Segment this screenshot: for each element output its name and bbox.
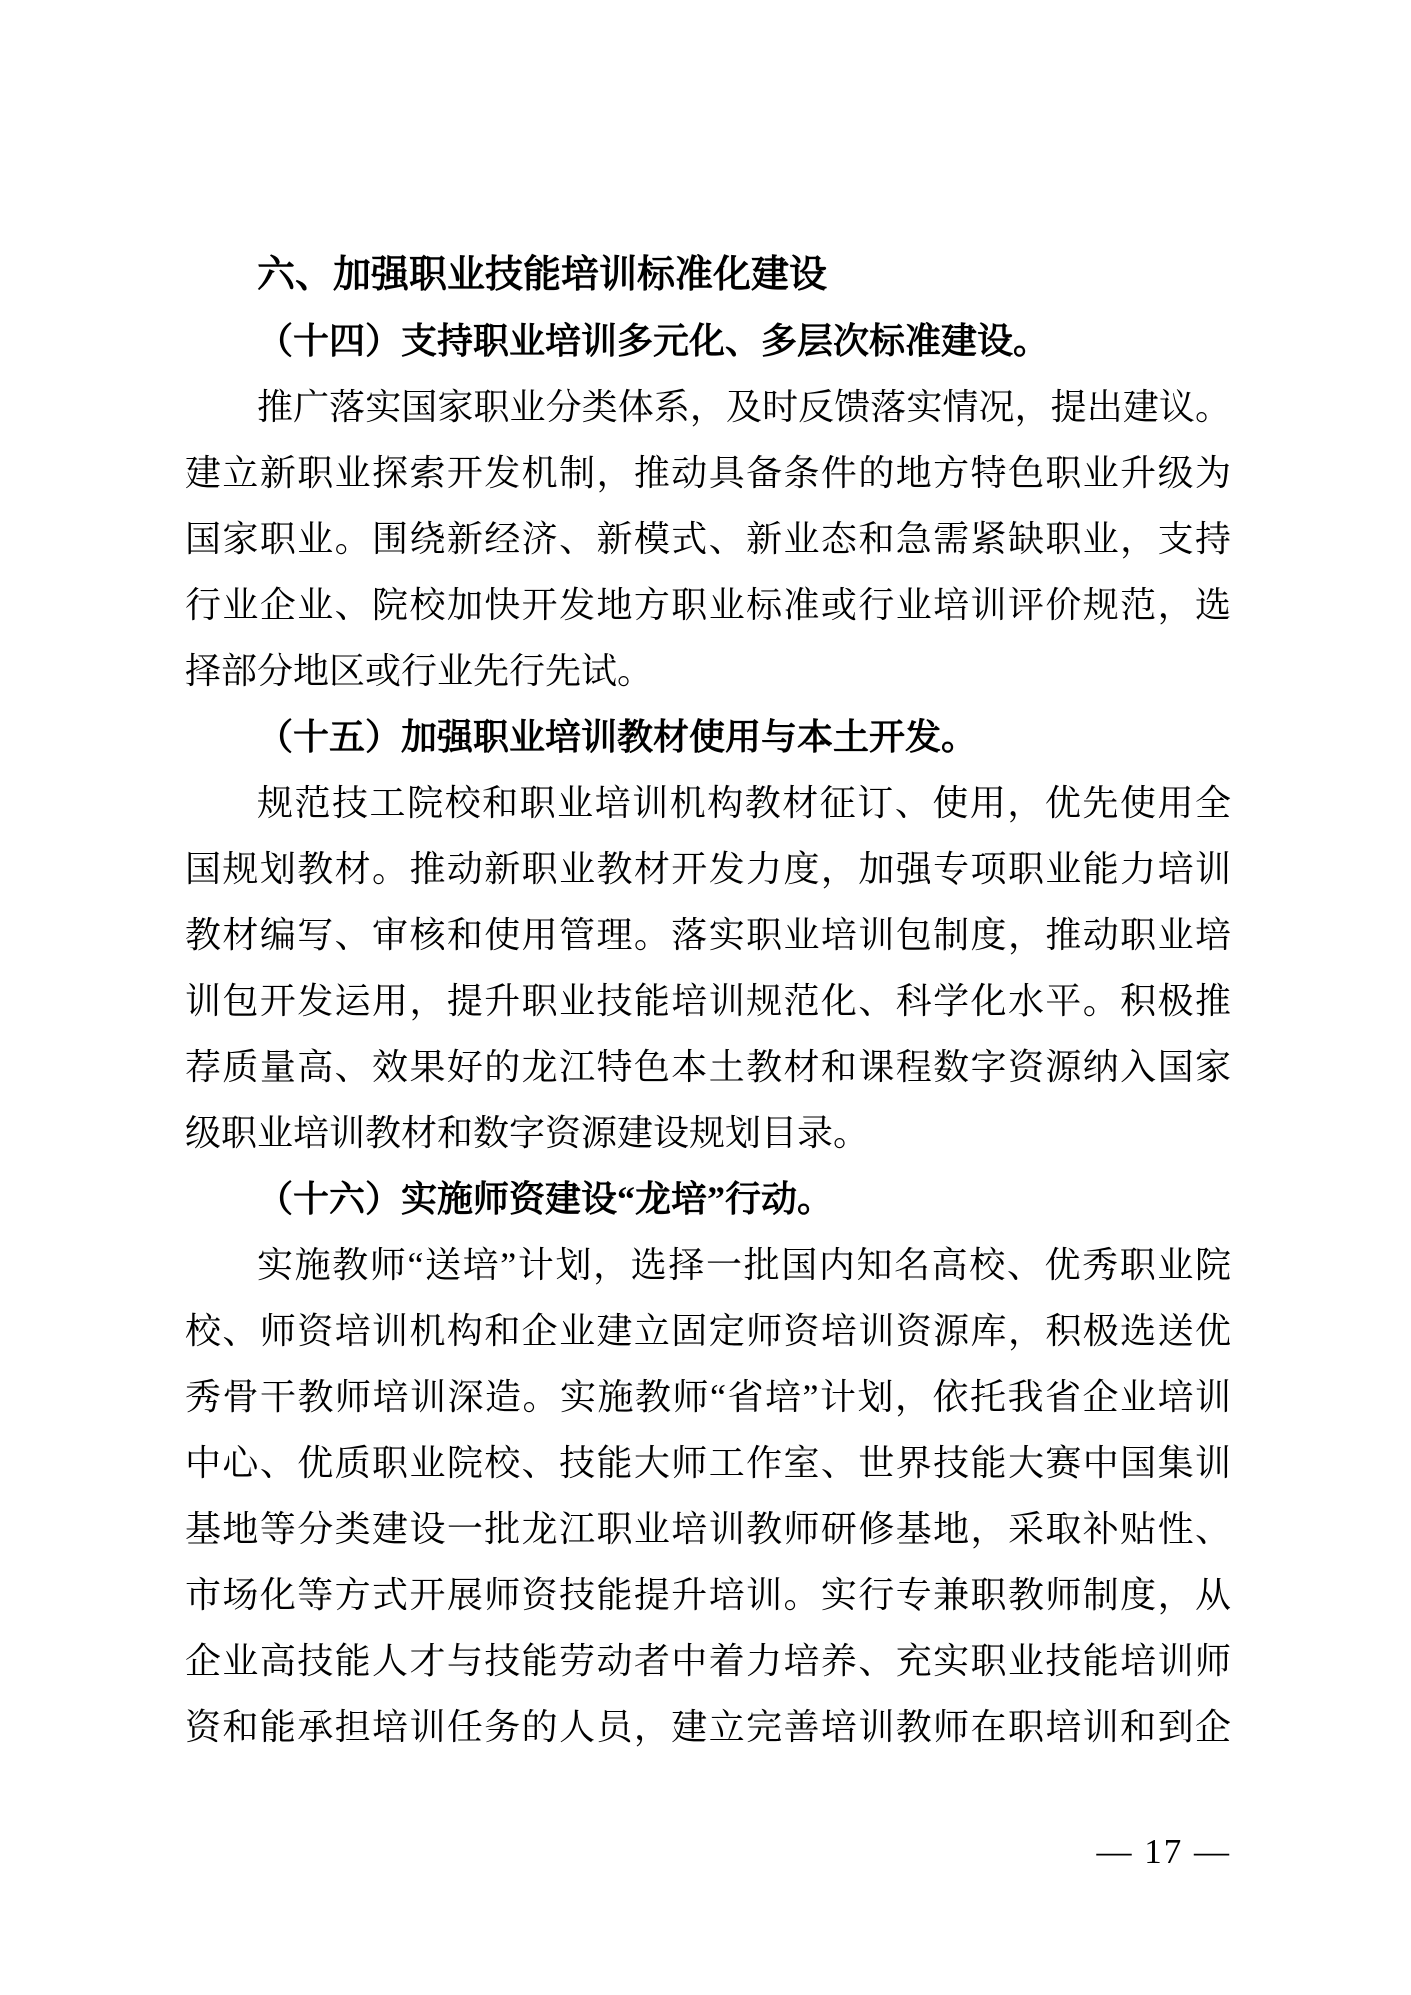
paragraph-line: 校、师资培训机构和企业建立固定师资培训资源库，积极选送优: [185, 1298, 1231, 1364]
subsection-heading: （十六）实施师资建设“龙培”行动。: [185, 1166, 1231, 1232]
paragraph-line: 企业高技能人才与技能劳动者中着力培养、充实职业技能培训师: [185, 1628, 1231, 1694]
paragraph-line: 中心、优质职业院校、技能大师工作室、世界技能大赛中国集训: [185, 1430, 1231, 1496]
paragraph-line: 级职业培训教材和数字资源建设规划目录。: [185, 1100, 1231, 1166]
paragraph-line: 实施教师“送培”计划，选择一批国内知名高校、优秀职业院: [185, 1232, 1231, 1298]
document-body: 六、加强职业技能培训标准化建设 （十四）支持职业培训多元化、多层次标准建设。 推…: [185, 242, 1231, 1760]
paragraph-line: 规范技工院校和职业培训机构教材征订、使用，优先使用全: [185, 770, 1231, 836]
paragraph-line: 行业企业、院校加快开发地方职业标准或行业培训评价规范，选: [185, 572, 1231, 638]
paragraph-line: 资和能承担培训任务的人员，建立完善培训教师在职培训和到企: [185, 1694, 1231, 1760]
section-heading: 六、加强职业技能培训标准化建设: [185, 242, 1231, 308]
paragraph-line: 训包开发运用，提升职业技能培训规范化、科学化水平。积极推: [185, 968, 1231, 1034]
paragraph-line: 荐质量高、效果好的龙江特色本土教材和课程数字资源纳入国家: [185, 1034, 1231, 1100]
paragraph-line: 国家职业。围绕新经济、新模式、新业态和急需紧缺职业，支持: [185, 506, 1231, 572]
paragraph-line: 教材编写、审核和使用管理。落实职业培训包制度，推动职业培: [185, 902, 1231, 968]
paragraph-line: 市场化等方式开展师资技能提升培训。实行专兼职教师制度，从: [185, 1562, 1231, 1628]
paragraph-line: 基地等分类建设一批龙江职业培训教师研修基地，采取补贴性、: [185, 1496, 1231, 1562]
paragraph-line: 推广落实国家职业分类体系，及时反馈落实情况，提出建议。: [185, 374, 1231, 440]
subsection-heading: （十五）加强职业培训教材使用与本土开发。: [185, 704, 1231, 770]
subsection-heading: （十四）支持职业培训多元化、多层次标准建设。: [185, 308, 1231, 374]
page-number: — 17 —: [1097, 1832, 1232, 1872]
document-page: 六、加强职业技能培训标准化建设 （十四）支持职业培训多元化、多层次标准建设。 推…: [0, 0, 1411, 1995]
paragraph-line: 秀骨干教师培训深造。实施教师“省培”计划，依托我省企业培训: [185, 1364, 1231, 1430]
paragraph-line: 建立新职业探索开发机制，推动具备条件的地方特色职业升级为: [185, 440, 1231, 506]
paragraph-line: 择部分地区或行业先行先试。: [185, 638, 1231, 704]
paragraph-line: 国规划教材。推动新职业教材开发力度，加强专项职业能力培训: [185, 836, 1231, 902]
